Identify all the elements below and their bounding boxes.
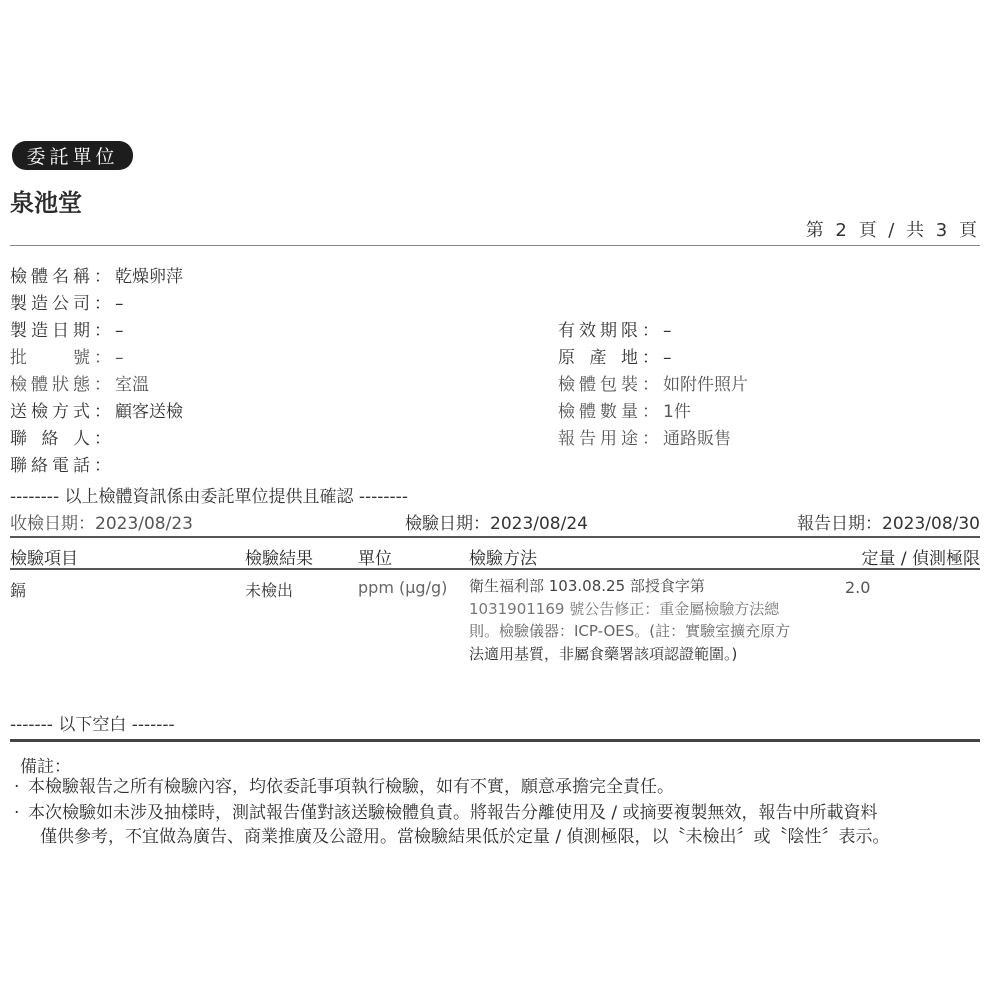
field-manufacturer: 製造公司：–	[10, 289, 124, 314]
end-of-table-marker: ------- 以下空白 -------	[10, 710, 175, 735]
cell-method: 衛生福利部 103.08.25 部授食字第 1031901169 號公告修正：重…	[469, 575, 839, 665]
header-divider	[10, 245, 980, 246]
date-report: 報告日期：2023/08/30	[797, 509, 980, 534]
client-label-badge: 委託單位	[12, 141, 133, 170]
cell-result: 未檢出	[245, 578, 293, 601]
date-received: 收檢日期：2023/08/23	[10, 509, 193, 534]
table-top-border	[10, 536, 980, 538]
table-header-divider	[10, 568, 980, 570]
field-batch-number: 批 號：–	[10, 343, 124, 368]
col-header-limit: 定量 / 偵測極限	[861, 544, 980, 569]
notes-title: 備註：	[20, 752, 71, 777]
field-quantity: 檢體數量：1件	[558, 397, 691, 422]
field-submission-method: 送檢方式：顧客送檢	[10, 397, 183, 422]
col-header-method: 檢驗方法	[469, 544, 537, 569]
field-packaging: 檢體包裝：如附件照片	[558, 370, 748, 395]
client-label: 委託單位	[26, 142, 118, 169]
field-origin: 原 產 地：–	[558, 343, 672, 368]
field-sample-state: 檢體狀態：室溫	[10, 370, 149, 395]
note-item-2: ·本次檢驗如未涉及抽樣時，測試報告僅對該送驗檢體負責。將報告分離使用及 / 或摘…	[14, 801, 984, 849]
field-expiry: 有效期限：–	[558, 316, 672, 341]
col-header-unit: 單位	[358, 544, 392, 569]
notes-divider	[10, 739, 980, 742]
col-header-item: 檢驗項目	[10, 544, 78, 569]
date-tested: 檢驗日期：2023/08/24	[405, 509, 588, 534]
page-indicator: 第 2 頁 / 共 3 頁	[806, 216, 980, 242]
col-header-result: 檢驗結果	[245, 544, 313, 569]
note-item-1: ·本檢驗報告之所有檢驗內容，均依委託事項執行檢驗，如有不實，願意承擔完全責任。	[14, 775, 984, 799]
cell-limit: 2.0	[845, 578, 870, 597]
field-contact-phone: 聯絡電話：	[10, 451, 115, 476]
client-name: 泉池堂	[10, 183, 82, 218]
field-manufacture-date: 製造日期：–	[10, 316, 124, 341]
field-sample-name: 檢體名稱：乾燥卵萍	[10, 262, 183, 287]
field-contact-person: 聯 絡 人：	[10, 424, 115, 449]
field-report-purpose: 報告用途：通路販售	[558, 424, 731, 449]
confirmation-note: -------- 以上檢體資訊係由委託單位提供且確認 --------	[10, 482, 408, 507]
cell-item: 鎘	[10, 578, 26, 601]
cell-unit: ppm (µg/g)	[358, 578, 447, 597]
